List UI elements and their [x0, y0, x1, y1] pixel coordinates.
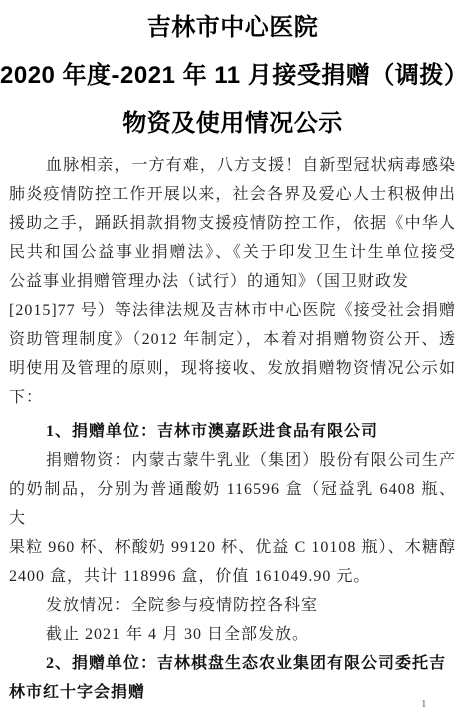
section-heading-line: 林市红十字会捐赠: [9, 678, 456, 707]
document-page: 吉林市中心医院2020 年度-2021 年 11 月接受捐赠（调拨）物资及使用情…: [0, 0, 465, 727]
body-line: 资助管理制度》（2012 年制定），本着对捐赠物资公开、透: [9, 325, 456, 354]
body-line: 血脉相亲，一方有难，八方支援！自新型冠状病毒感染: [9, 151, 456, 180]
body-line: 果粒 960 杯、杯酸奶 99120 杯、优益 C 10108 瓶）、木糖醇: [9, 533, 456, 562]
body-line: 肺炎疫情防控工作开展以来，社会各界及爱心人士积极伸出: [9, 180, 456, 209]
title-line: 吉林市中心医院: [0, 4, 465, 52]
body-line: 捐赠物资：内蒙古蒙牛乳业（集团）股份有限公司生产: [9, 446, 456, 475]
title-line: 物资及使用情况公示: [0, 100, 465, 148]
title-line: 2020 年度-2021 年 11 月接受捐赠（调拨）: [0, 52, 465, 100]
body-line: 下：: [9, 383, 456, 412]
title-block: 吉林市中心医院2020 年度-2021 年 11 月接受捐赠（调拨）物资及使用情…: [0, 0, 465, 148]
section-heading-line: 2、捐赠单位：吉林棋盘生态农业集团有限公司委托吉: [9, 649, 456, 678]
body-line: 公益事业捐赠管理办法（试行）的通知》（国卫财政发: [9, 267, 456, 296]
body-line: 截止 2021 年 4 月 30 日全部发放。: [9, 620, 456, 649]
body-line: 的奶制品，分别为普通酸奶 116596 盒（冠益乳 6408 瓶、大: [9, 475, 456, 533]
body-line: 民共和国公益事业捐赠法》、《关于印发卫生计生单位接受: [9, 238, 456, 267]
body-line: [2015]77 号）等法律法规及吉林市中心医院《接受社会捐赠: [9, 296, 456, 325]
body-line: 2400 盒，共计 118996 盒，价值 161049.90 元。: [9, 562, 456, 591]
body-line: 明使用及管理的原则，现将接收、发放捐赠物资情况公示如: [9, 354, 456, 383]
page-number: 1: [421, 697, 427, 711]
section-heading-line: 1、捐赠单位：吉林市澳嘉跃进食品有限公司: [9, 417, 456, 446]
body-line: 发放情况：全院参与疫情防控各科室: [9, 591, 456, 620]
body-block: 血脉相亲，一方有难，八方支援！自新型冠状病毒感染肺炎疫情防控工作开展以来，社会各…: [0, 148, 465, 707]
body-line: 援助之手，踊跃捐款捐物支援疫情防控工作，依据《中华人: [9, 209, 456, 238]
